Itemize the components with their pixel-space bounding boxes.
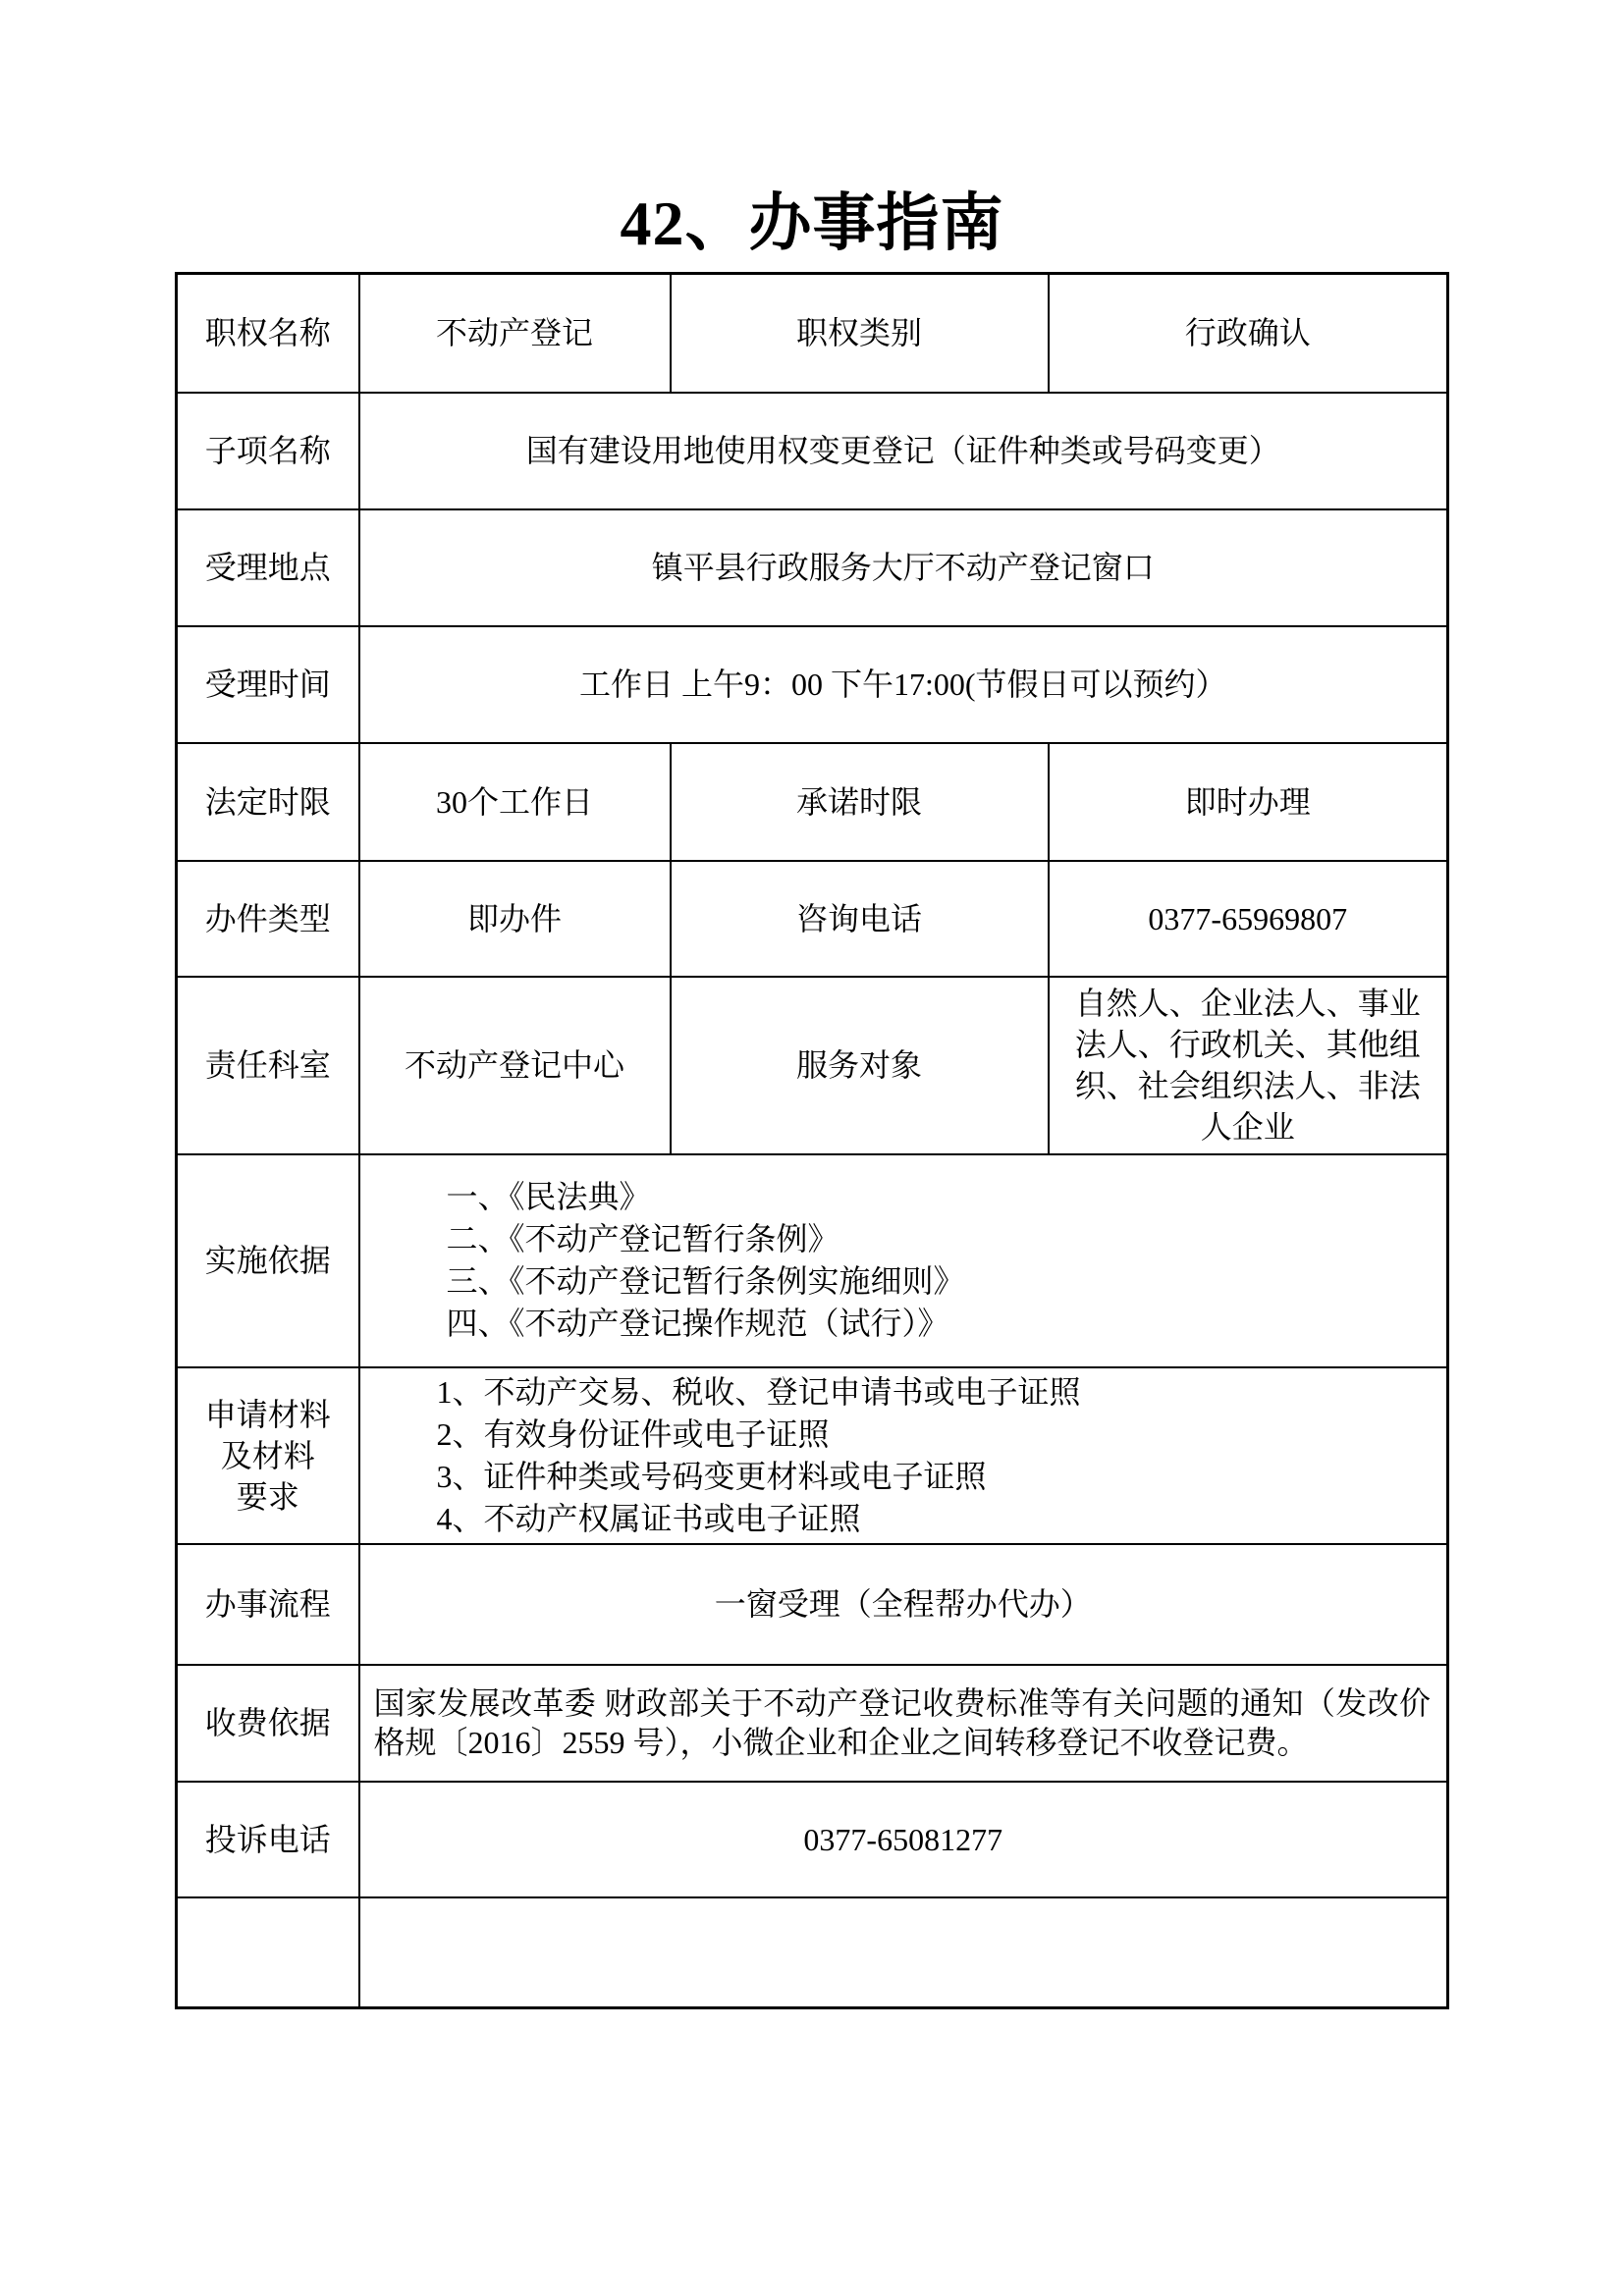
consult-phone-value: 0377-65969807 [1049, 861, 1448, 977]
responsible-office-value: 不动产登记中心 [359, 977, 671, 1154]
consult-phone-label: 咨询电话 [671, 861, 1049, 977]
document-page: 42、办事指南 职权名称 不动产登记 职权类别 行政确认 子项名称 国有建设用地… [0, 0, 1624, 2296]
material-item-4: 4、不动产权属证书或电子证照 [437, 1498, 1447, 1540]
fee-basis-label: 收费依据 [177, 1665, 359, 1782]
authority-type-label: 职权类别 [671, 274, 1049, 393]
service-target-value: 自然人、企业法人、事业法人、行政机关、其他组织、社会组织法人、非法人企业 [1049, 977, 1448, 1154]
subitem-name-label: 子项名称 [177, 393, 359, 509]
subitem-name-value: 国有建设用地使用权变更登记（证件种类或号码变更） [359, 393, 1448, 509]
row-process-flow: 办事流程 一窗受理（全程帮办代办） [177, 1544, 1448, 1665]
acceptance-place-label: 受理地点 [177, 509, 359, 626]
statutory-limit-label: 法定时限 [177, 743, 359, 861]
row-authority-name: 职权名称 不动产登记 职权类别 行政确认 [177, 274, 1448, 393]
authority-name-value: 不动产登记 [359, 274, 671, 393]
row-acceptance-time: 受理时间 工作日 上午9：00 下午17:00(节假日可以预约） [177, 626, 1448, 743]
authority-name-label: 职权名称 [177, 274, 359, 393]
application-materials-label: 申请材料 及材料 要求 [177, 1367, 359, 1544]
row-empty [177, 1897, 1448, 2008]
row-complaint-phone: 投诉电话 0377-65081277 [177, 1782, 1448, 1897]
acceptance-time-label: 受理时间 [177, 626, 359, 743]
material-item-2: 2、有效身份证件或电子证照 [437, 1414, 1447, 1456]
row-application-materials: 申请材料 及材料 要求 1、不动产交易、税收、登记申请书或电子证照 2、有效身份… [177, 1367, 1448, 1544]
basis-item-4: 四、《不动产登记操作规范（试行）》 [447, 1303, 1447, 1345]
service-target-label: 服务对象 [671, 977, 1049, 1154]
row-implementation-basis: 实施依据 一、《民法典》 二、《不动产登记暂行条例》 三、《不动产登记暂行条例实… [177, 1154, 1448, 1367]
material-item-3: 3、证件种类或号码变更材料或电子证照 [437, 1456, 1447, 1498]
empty-row-label-cell [177, 1897, 359, 2008]
service-guide-table: 职权名称 不动产登记 职权类别 行政确认 子项名称 国有建设用地使用权变更登记（… [175, 272, 1449, 2009]
responsible-office-label: 责任科室 [177, 977, 359, 1154]
fee-basis-value: 国家发展改革委 财政部关于不动产登记收费标准等有关问题的通知（发改价格规〔201… [359, 1665, 1448, 1782]
process-flow-label: 办事流程 [177, 1544, 359, 1665]
material-item-1: 1、不动产交易、税收、登记申请书或电子证照 [437, 1371, 1447, 1414]
promised-limit-value: 即时办理 [1049, 743, 1448, 861]
row-subitem-name: 子项名称 国有建设用地使用权变更登记（证件种类或号码变更） [177, 393, 1448, 509]
basis-item-1: 一、《民法典》 [447, 1176, 1447, 1218]
row-processing-type: 办件类型 即办件 咨询电话 0377-65969807 [177, 861, 1448, 977]
row-statutory-limit: 法定时限 30个工作日 承诺时限 即时办理 [177, 743, 1448, 861]
processing-type-value: 即办件 [359, 861, 671, 977]
acceptance-time-value: 工作日 上午9：00 下午17:00(节假日可以预约） [359, 626, 1448, 743]
page-title: 42、办事指南 [0, 185, 1624, 263]
authority-type-value: 行政确认 [1049, 274, 1448, 393]
statutory-limit-value: 30个工作日 [359, 743, 671, 861]
promised-limit-label: 承诺时限 [671, 743, 1049, 861]
processing-type-label: 办件类型 [177, 861, 359, 977]
acceptance-place-value: 镇平县行政服务大厅不动产登记窗口 [359, 509, 1448, 626]
basis-item-2: 二、《不动产登记暂行条例》 [447, 1218, 1447, 1260]
implementation-basis-label: 实施依据 [177, 1154, 359, 1367]
application-materials-list: 1、不动产交易、税收、登记申请书或电子证照 2、有效身份证件或电子证照 3、证件… [359, 1367, 1448, 1544]
empty-row-value-cell [359, 1897, 1448, 2008]
implementation-basis-list: 一、《民法典》 二、《不动产登记暂行条例》 三、《不动产登记暂行条例实施细则》 … [359, 1154, 1448, 1367]
row-acceptance-place: 受理地点 镇平县行政服务大厅不动产登记窗口 [177, 509, 1448, 626]
row-responsible-office: 责任科室 不动产登记中心 服务对象 自然人、企业法人、事业法人、行政机关、其他组… [177, 977, 1448, 1154]
basis-item-3: 三、《不动产登记暂行条例实施细则》 [447, 1260, 1447, 1303]
complaint-phone-label: 投诉电话 [177, 1782, 359, 1897]
process-flow-value: 一窗受理（全程帮办代办） [359, 1544, 1448, 1665]
complaint-phone-value: 0377-65081277 [359, 1782, 1448, 1897]
row-fee-basis: 收费依据 国家发展改革委 财政部关于不动产登记收费标准等有关问题的通知（发改价格… [177, 1665, 1448, 1782]
